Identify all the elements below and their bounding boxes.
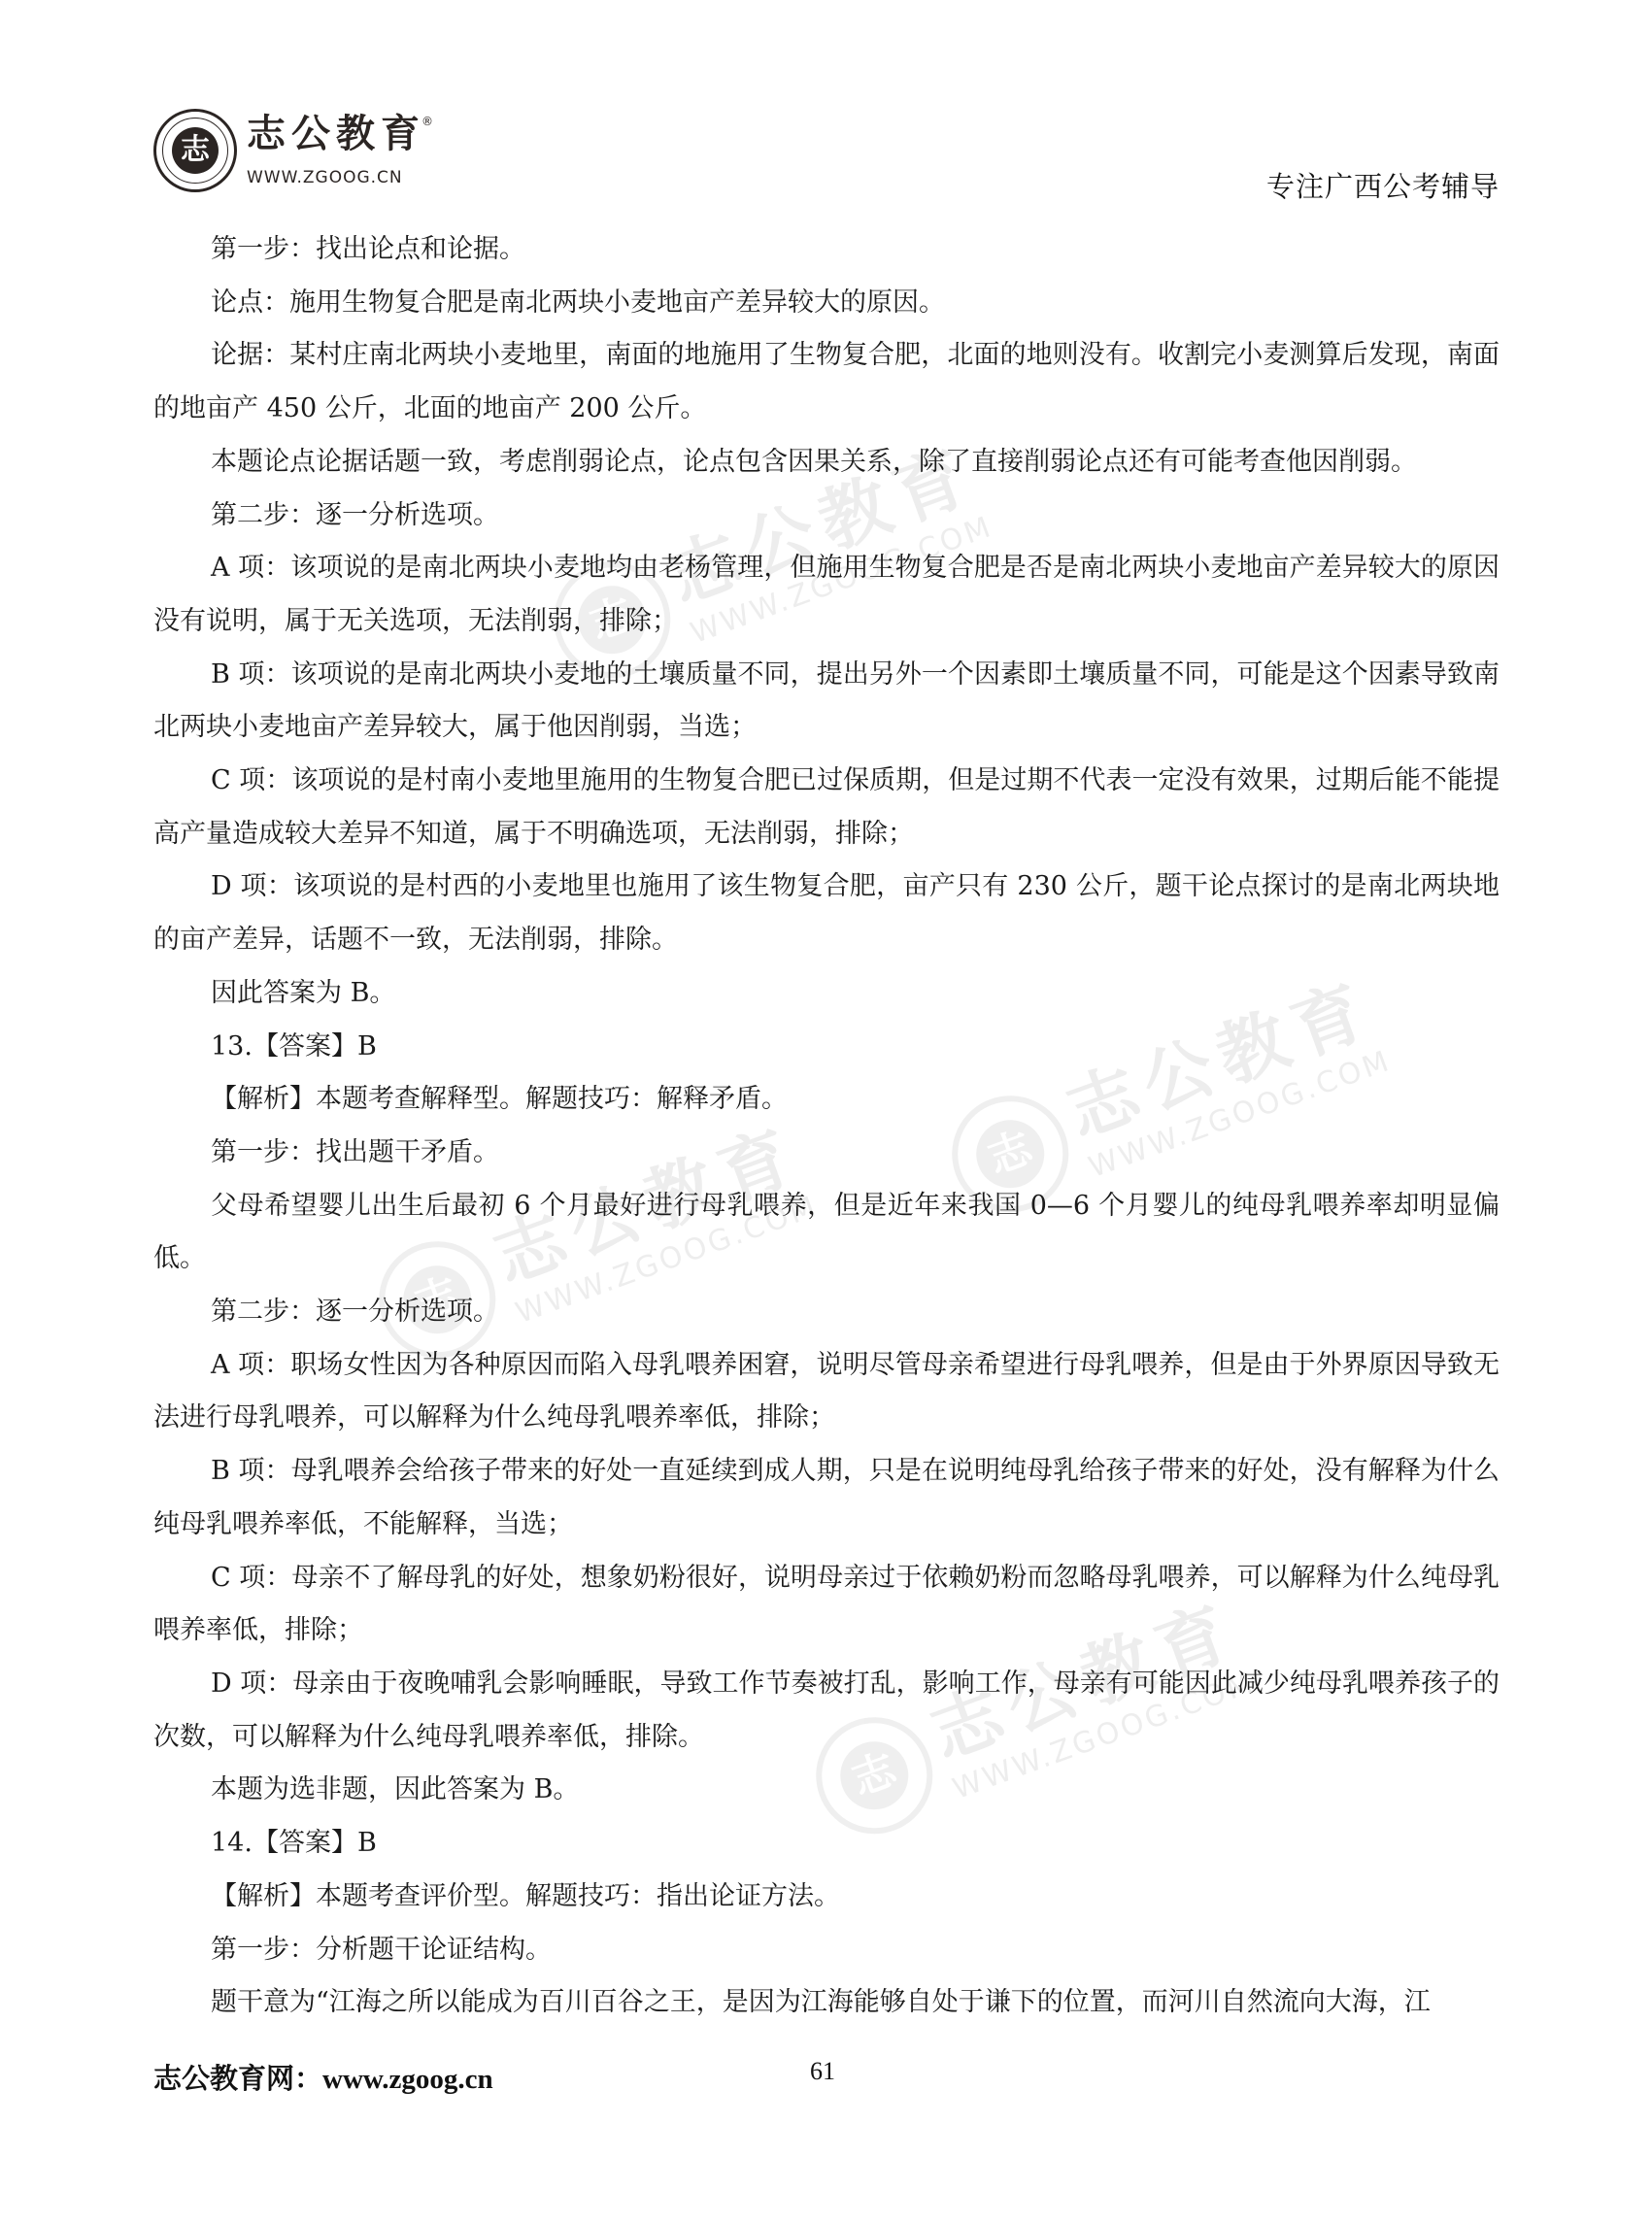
paragraph-q13-step1-heading: 第一步：找出题干矛盾。: [153, 1127, 1500, 1180]
logo-brand-name: 志公教育: [247, 112, 425, 156]
paragraph-q13-option-c: C 项：母亲不了解母乳的好处，想象奶粉很好，说明母亲过于依赖奶粉而忽略母乳喂养，…: [153, 1552, 1500, 1658]
logo-emblem-glyph: 志: [172, 127, 219, 174]
registered-mark-icon: ®: [421, 115, 433, 128]
paragraph-q13-analysis: 【解析】本题考查解释型。解题技巧：解释矛盾。: [153, 1073, 1500, 1127]
paragraph-q12-option-c: C 项：该项说的是村南小麦地里施用的生物复合肥已过保质期，但是过期不代表一定没有…: [153, 755, 1500, 860]
logo-emblem-icon: 志: [153, 109, 237, 192]
paragraph-q13-option-a: A 项：职场女性因为各种原因而陷入母乳喂养困窘，说明尽管母亲希望进行母乳喂养，但…: [153, 1339, 1500, 1445]
paragraph-argument-point: 论点：施用生物复合肥是南北两块小麦地亩产差异较大的原因。: [153, 277, 1500, 330]
paragraph-q13-option-d: D 项：母亲由于夜晚哺乳会影响睡眠，导致工作节奏被打乱，影响工作，母亲有可能因此…: [153, 1658, 1500, 1764]
zhigong-logo: 志 志公教育® WWW.ZGOOG.CN: [153, 109, 435, 192]
footer-site-link[interactable]: 志公教育网：www.zgoog.cn: [153, 2057, 493, 2097]
paragraph-q12-option-d: D 项：该项说的是村西的小麦地里也施用了该生物复合肥，亩产只有 230 公斤，题…: [153, 860, 1500, 966]
paragraph-q13-conclusion: 本题为选非题，因此答案为 B。: [153, 1764, 1500, 1817]
page-header: 志 志公教育® WWW.ZGOOG.CN 专注广西公考辅导: [153, 109, 1500, 206]
paragraph-analysis-note: 本题论点论据话题一致，考虑削弱论点，论点包含因果关系，除了直接削弱论点还有可能考…: [153, 436, 1500, 489]
paragraph-q13-contradiction: 父母希望婴儿出生后最初 6 个月最好进行母乳喂养，但是近年来我国 0—6 个月婴…: [153, 1180, 1500, 1286]
paragraph-step2-heading: 第二步：逐一分析选项。: [153, 489, 1500, 543]
paragraph-q12-conclusion: 因此答案为 B。: [153, 967, 1500, 1021]
paragraph-argument-evidence: 论据：某村庄南北两块小麦地里，南面的地施用了生物复合肥，北面的地则没有。收割完小…: [153, 329, 1500, 435]
page-number: 61: [810, 2057, 835, 2086]
logo-text: 志公教育® WWW.ZGOOG.CN: [247, 112, 435, 190]
logo-brand: 志公教育®: [247, 112, 435, 165]
paragraph-q12-option-a: A 项：该项说的是南北两块小麦地均由老杨管理，但施用生物复合肥是否是南北两块小麦…: [153, 542, 1500, 648]
page-footer: 志公教育网：www.zgoog.cn 61: [153, 2057, 1500, 2100]
paragraph-q14-answer: 14.【答案】B: [153, 1817, 1500, 1871]
paragraph-q14-analysis: 【解析】本题考查评价型。解题技巧：指出论证方法。: [153, 1871, 1500, 1924]
logo-url: WWW.ZGOOG.CN: [247, 165, 435, 190]
paragraph-q12-option-b: B 项：该项说的是南北两块小麦地的土壤质量不同，提出另外一个因素即土壤质量不同，…: [153, 649, 1500, 755]
header-tagline: 专注广西公考辅导: [1266, 165, 1500, 205]
paragraph-step1-heading: 第一步：找出论点和论据。: [153, 223, 1500, 277]
paragraph-q13-answer: 13.【答案】B: [153, 1021, 1500, 1074]
paragraph-q14-stem: 题干意为“江海之所以能成为百川百谷之王，是因为江海能够自处于谦下的位置，而河川自…: [153, 1976, 1500, 2030]
paragraph-q14-step1-heading: 第一步：分析题干论证结构。: [153, 1924, 1500, 1977]
document-body: 第一步：找出论点和论据。 论点：施用生物复合肥是南北两块小麦地亩产差异较大的原因…: [153, 223, 1500, 2030]
paragraph-q13-step2-heading: 第二步：逐一分析选项。: [153, 1286, 1500, 1339]
paragraph-q13-option-b: B 项：母乳喂养会给孩子带来的好处一直延续到成人期，只是在说明纯母乳给孩子带来的…: [153, 1445, 1500, 1551]
